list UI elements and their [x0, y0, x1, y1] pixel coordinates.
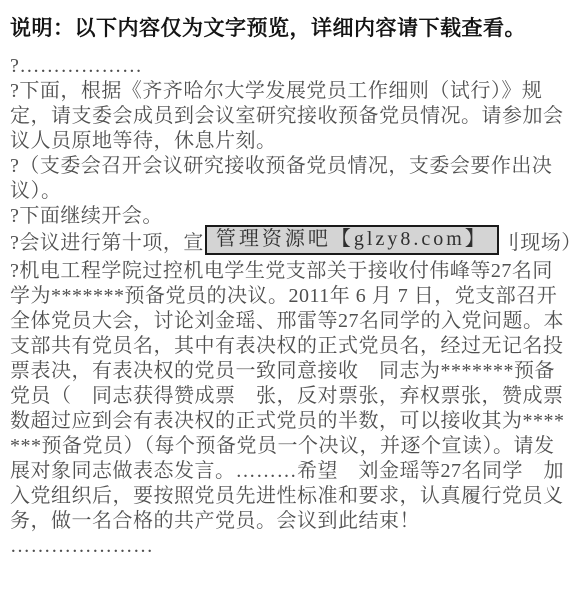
paragraph-dots-bottom: ………………… — [10, 534, 568, 559]
paragraph-dots-top: ?……………… — [10, 54, 568, 79]
paragraph-item10: ?会议进行第十项，宣管理资源吧【glzy8.com】刂现场） — [10, 229, 568, 259]
paragraph-intro: ?下面，根据《齐齐哈尔大学发展党员工作细则（试行）》规定，请支委会成员到会议室研… — [10, 79, 568, 154]
paragraph-resolution: ?机电工程学院过控机电学生党支部关于接收付伟峰等27名同学为*******预备党… — [10, 259, 568, 534]
watermark-badge: 管理资源吧【glzy8.com】 — [205, 225, 499, 255]
item10-text-after: 刂现场） — [500, 232, 578, 254]
item10-text-before: ?会议进行第十项，宣 — [10, 232, 204, 254]
paragraph-committee-note: ?（支委会召开会议研究接收预备党员情况，支委会要作出决议）。 — [10, 154, 568, 204]
watermark-label: 管理资源吧【glzy8.com】 — [216, 228, 488, 250]
document-body: ?……………… ?下面，根据《齐齐哈尔大学发展党员工作细则（试行）》规定，请支委… — [10, 54, 568, 559]
document-preview-page: 说明：以下内容仅为文字预览，详细内容请下载查看。 ?……………… ?下面，根据《… — [0, 0, 578, 600]
preview-notice: 说明：以下内容仅为文字预览，详细内容请下载查看。 — [10, 16, 568, 42]
